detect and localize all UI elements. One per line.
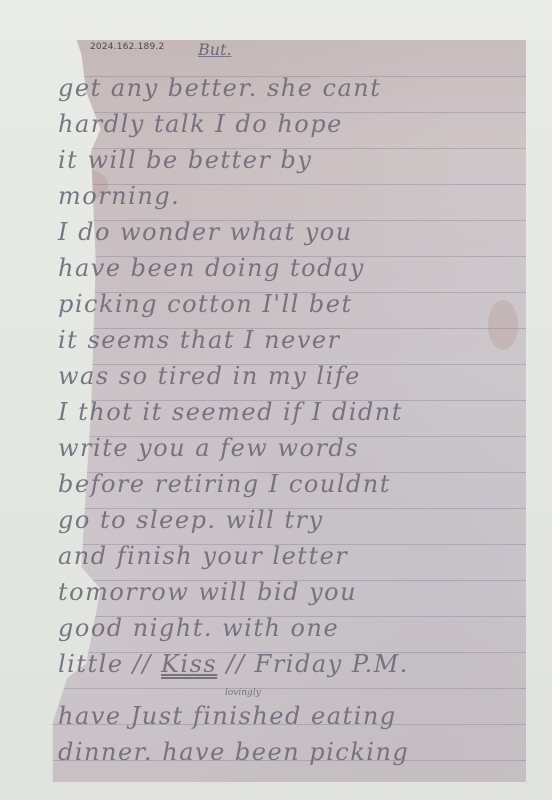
kiss-line-prefix: little // bbox=[58, 650, 152, 678]
letter-line-13: go to sleep. will try bbox=[58, 506, 324, 534]
letter-line-1: get any better. she cant bbox=[58, 74, 381, 102]
letter-line-2: hardly talk I do hope bbox=[58, 110, 343, 138]
ruled-line bbox=[48, 688, 526, 689]
letter-line-18: have Just finished eating bbox=[58, 702, 397, 730]
letter-line-5: I do wonder what you bbox=[58, 218, 353, 246]
letter-line-15: tomorrow will bid you bbox=[58, 578, 357, 606]
letter-line-12: before retiring I couldnt bbox=[58, 470, 391, 498]
letter-line-3: it will be better by bbox=[58, 146, 312, 174]
kiss-word: Kiss bbox=[161, 650, 217, 678]
letter-line-16: good night. with one bbox=[58, 614, 339, 642]
letter-line-kiss: little // Kiss // Friday P.M. bbox=[58, 650, 409, 678]
letter-line-10: I thot it seemed if I didnt bbox=[58, 398, 403, 426]
kiss-line-suffix: // Friday P.M. bbox=[226, 650, 409, 678]
letter-line-4: morning. bbox=[58, 182, 180, 210]
accession-number: 2024.162.189.2 bbox=[90, 42, 164, 52]
page-heading-word: But. bbox=[198, 40, 232, 59]
letter-line-9: was so tired in my life bbox=[58, 362, 361, 390]
letter-line-14: and finish your letter bbox=[58, 542, 348, 570]
letter-line-6: have been doing today bbox=[58, 254, 365, 282]
paper-stain bbox=[488, 300, 518, 350]
letter-line-19: dinner. have been picking bbox=[58, 738, 409, 766]
letter-line-7: picking cotton I'll bet bbox=[58, 290, 353, 318]
letter-line-8: it seems that I never bbox=[58, 326, 341, 354]
letter-line-11: write you a few words bbox=[58, 434, 359, 462]
interlinear-note: lovingly bbox=[225, 688, 261, 698]
